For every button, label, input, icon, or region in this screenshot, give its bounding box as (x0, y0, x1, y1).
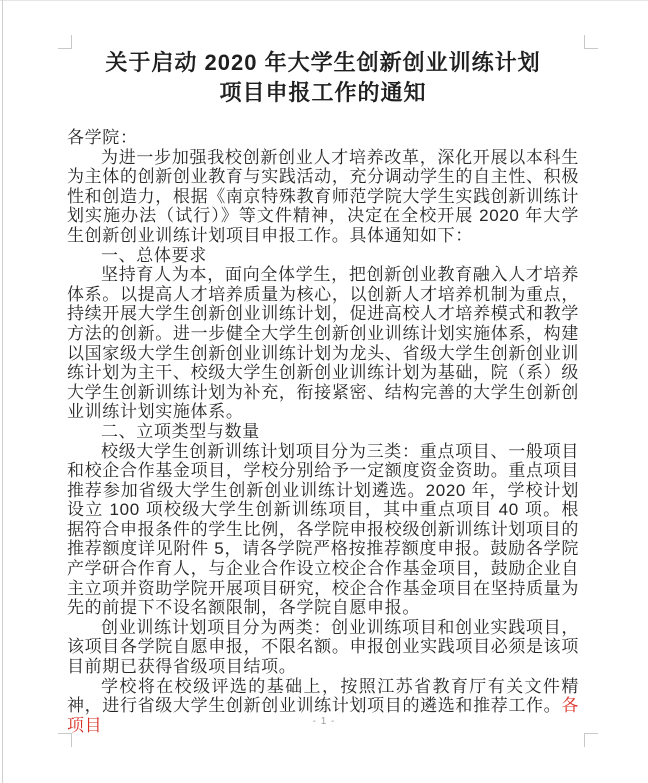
section-heading-overall-requirements: 一、总体要求 (67, 246, 579, 266)
paragraph-project-types-quota: 校级大学生创新训练计划项目分为三类：重点项目、一般项目和校企合作基金项目，学校分… (67, 442, 579, 618)
title-line-2: 项目申报工作的通知 (67, 78, 579, 108)
window-left-edge (2, 0, 3, 783)
paragraph-overall-requirements: 坚持育人为本，面向全体学生，把创新创业教育融入人才培养体系。以提高人才培养质量为… (67, 265, 579, 422)
window-top-edge (0, 0, 648, 1)
margin-crop-mark-top-left (58, 35, 72, 49)
margin-crop-mark-top-right (584, 35, 598, 49)
document-title: 关于启动 2020 年大学生创新创业训练计划 项目申报工作的通知 (67, 48, 579, 108)
paragraph-entrepreneurship-projects: 创业训练计划项目分为两类：创业训练项目和创业实践项目，该项目各学院自愿申报，不限… (67, 618, 579, 677)
paragraph-intro: 为进一步加强我校创新创业人才培养改革，深化开展以本科生为主体的创新创业教育与实践… (67, 148, 579, 246)
margin-crop-mark-bottom-right (584, 733, 598, 747)
page-number: - 1 - (0, 716, 648, 727)
document-body: 各学院： 为进一步加强我校创新创业人才培养改革，深化开展以本科生为主体的创新创业… (67, 128, 579, 735)
document-page: 关于启动 2020 年大学生创新创业训练计划 项目申报工作的通知 各学院： 为进… (0, 0, 648, 783)
title-line-1: 关于启动 2020 年大学生创新创业训练计划 (67, 48, 579, 78)
section-heading-project-types: 二、立项类型与数量 (67, 422, 579, 442)
salutation: 各学院： (67, 128, 579, 148)
closing-text: 学校将在校级评选的基础上，按照江苏省教育厅有关文件精神，进行省级大学生创新创业训… (67, 677, 579, 716)
document-content: 关于启动 2020 年大学生创新创业训练计划 项目申报工作的通知 各学院： 为进… (67, 48, 579, 735)
